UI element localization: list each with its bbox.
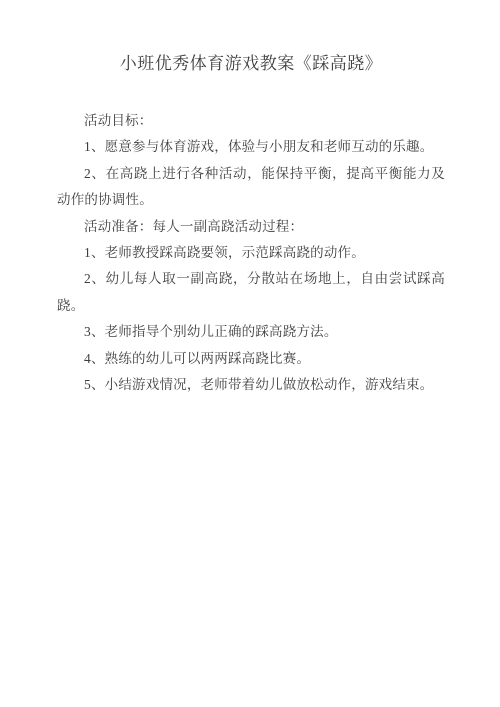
heading-activity-goals: 活动目标： — [57, 108, 445, 134]
document-title: 小班优秀体育游戏教案《踩高跷》 — [57, 52, 445, 76]
heading-activity-preparation: 活动准备：每人一副高跷活动过程： — [57, 214, 445, 240]
document-page: 小班优秀体育游戏教案《踩高跷》 活动目标： 1、愿意参与体育游戏，体验与小朋友和… — [0, 0, 500, 707]
document-body: 活动目标： 1、愿意参与体育游戏，体验与小朋友和老师互动的乐趣。 2、在高跷上进… — [57, 108, 445, 398]
goal-item-2: 2、在高跷上进行各种活动，能保持平衡，提高平衡能力及动作的协调性。 — [57, 161, 445, 214]
process-step-4: 4、熟练的幼儿可以两两踩高跷比赛。 — [57, 346, 445, 372]
process-step-2: 2、幼儿每人取一副高跷，分散站在场地上，自由尝试踩高跷。 — [57, 266, 445, 319]
process-step-3: 3、老师指导个别幼儿正确的踩高跷方法。 — [57, 319, 445, 345]
goal-item-1: 1、愿意参与体育游戏，体验与小朋友和老师互动的乐趣。 — [57, 134, 445, 160]
process-step-1: 1、老师教授踩高跷要领，示范踩高跷的动作。 — [57, 240, 445, 266]
process-step-5: 5、小结游戏情况，老师带着幼儿做放松动作，游戏结束。 — [57, 372, 445, 398]
